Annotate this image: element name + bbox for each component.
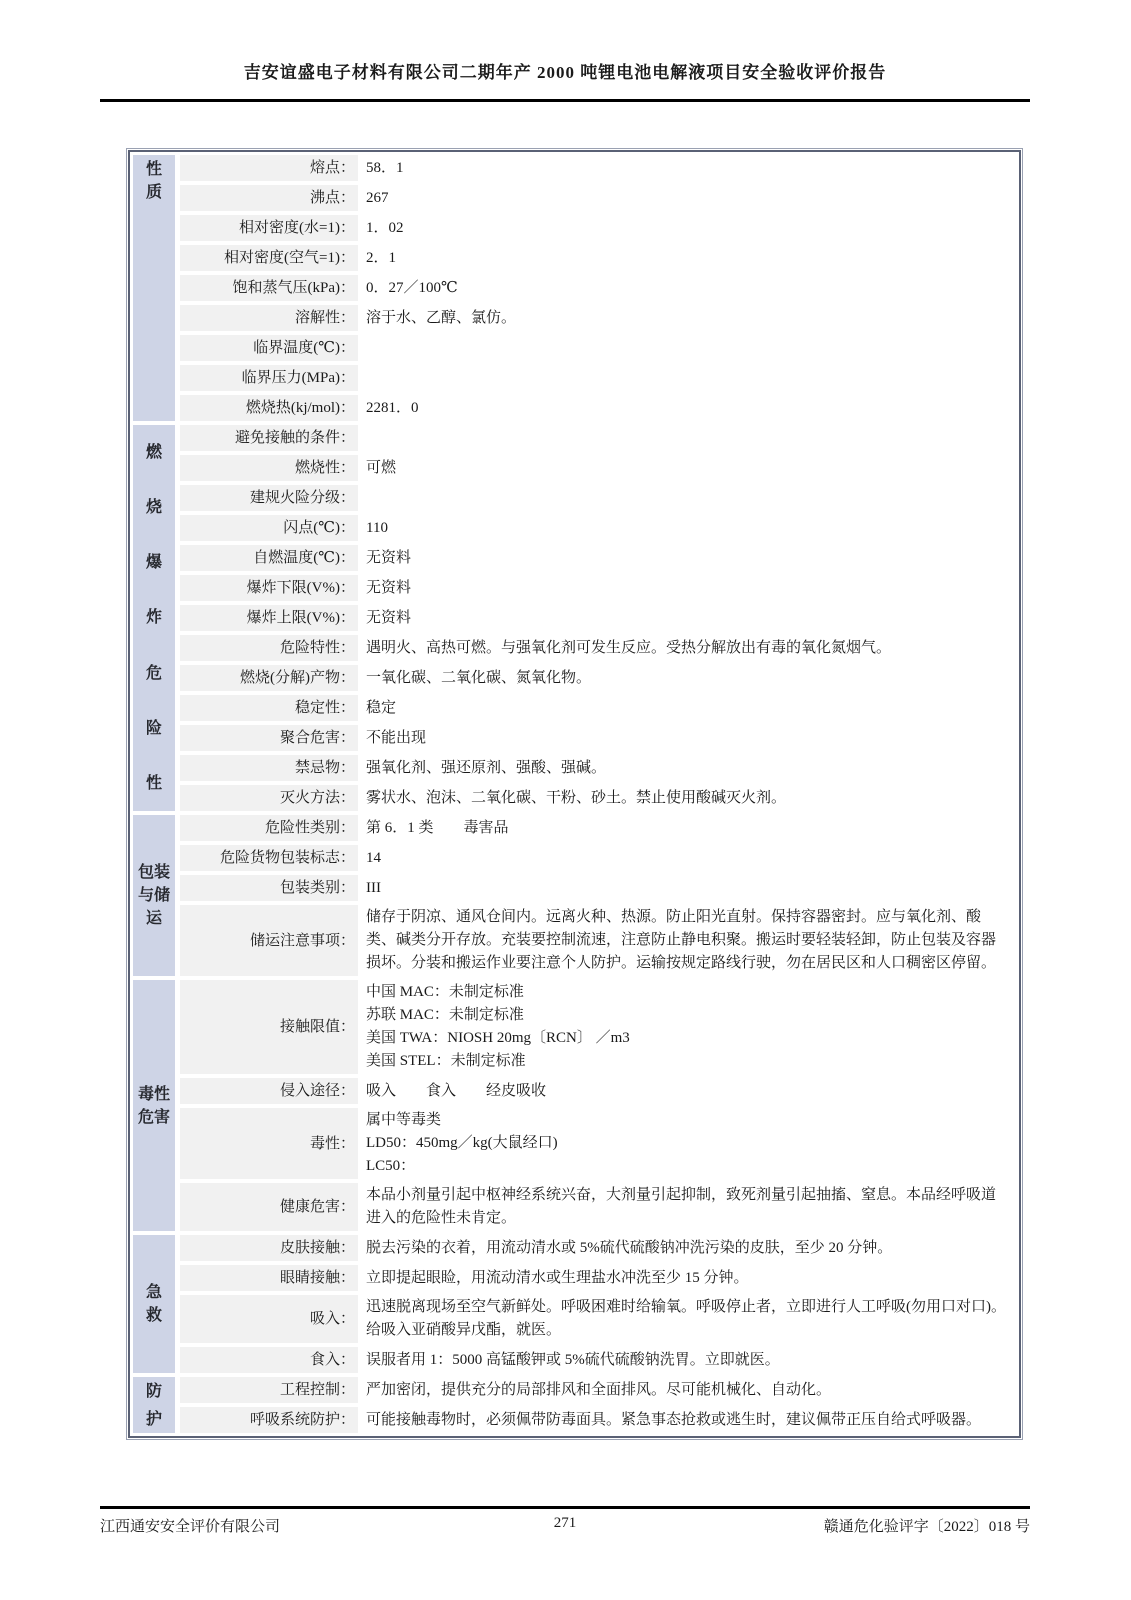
row-value: 遇明火、高热可燃。与强氧化剂可发生反应。受热分解放出有毒的氧化氮烟气。: [358, 635, 1016, 661]
table-row: 危险性类别：第 6．1 类 毒害品: [180, 815, 1016, 841]
section-rows: 危险性类别：第 6．1 类 毒害品危险货物包装标志：14包装类别：III储运注意…: [180, 815, 1016, 976]
section-rows: 皮肤接触：脱去污染的衣着，用流动清水或 5%硫代硫酸钠冲洗污染的皮肤，至少 20…: [180, 1235, 1016, 1373]
row-value: 第 6．1 类 毒害品: [358, 815, 1016, 841]
row-label: 闪点(℃)：: [180, 515, 358, 541]
row-label: 危险性类别：: [180, 815, 358, 841]
table-row: 吸入：迅速脱离现场至空气新鲜处。呼吸困难时给输氧。呼吸停止者，立即进行人工呼吸(…: [180, 1295, 1016, 1343]
section-rows: 熔点：58．1沸点：267相对密度(水=1)：1．02相对密度(空气=1)：2．…: [180, 155, 1016, 421]
row-value: 脱去污染的衣着，用流动清水或 5%硫代硫酸钠冲洗污染的皮肤，至少 20 分钟。: [358, 1235, 1016, 1261]
category-label-line: 运: [133, 907, 175, 930]
header-rule: [100, 99, 1030, 102]
category-label-line: 性: [133, 158, 175, 181]
table-row: 相对密度(水=1)：1．02: [180, 215, 1016, 241]
row-label: 皮肤接触：: [180, 1235, 358, 1261]
row-value: 中国 MAC：未制定标准 苏联 MAC：未制定标准 美国 TWA：NIOSH 2…: [358, 980, 1016, 1074]
row-label: 灭火方法：: [180, 785, 358, 811]
section-rows: 避免接触的条件：燃烧性：可燃建规火险分级：闪点(℃)：110自燃温度(℃)：无资…: [180, 425, 1016, 811]
row-value: 2．1: [358, 245, 1016, 271]
row-value: 误服者用 1：5000 高锰酸钾或 5%硫代硫酸钠洗胃。立即就医。: [358, 1347, 1016, 1373]
row-value: 迅速脱离现场至空气新鲜处。呼吸困难时给输氧。呼吸停止者，立即进行人工呼吸(勿用口…: [358, 1295, 1016, 1343]
table-section: 防护 工程控制：严加密闭，提供充分的局部排风和全面排风。尽可能机械化、自动化。呼…: [133, 1377, 1016, 1433]
section-rows: 工程控制：严加密闭，提供充分的局部排风和全面排风。尽可能机械化、自动化。呼吸系统…: [180, 1377, 1016, 1433]
row-label: 危险特性：: [180, 635, 358, 661]
row-value: 属中等毒类 LD50：450mg／kg(大鼠经口) LC50：: [358, 1108, 1016, 1179]
row-value: 一氧化碳、二氧化碳、氮氧化物。: [358, 665, 1016, 691]
row-label: 避免接触的条件：: [180, 425, 358, 451]
category-label-line: 燃: [133, 441, 175, 464]
table-row: 包装类别：III: [180, 875, 1016, 901]
row-value: 立即提起眼睑，用流动清水或生理盐水冲洗至少 15 分钟。: [358, 1265, 1016, 1291]
footer-rule: [100, 1506, 1030, 1509]
row-value: [358, 485, 1016, 511]
row-label: 呼吸系统防护：: [180, 1407, 358, 1433]
row-value: 267: [358, 185, 1016, 211]
row-value: III: [358, 875, 1016, 901]
table-row: 毒性：属中等毒类 LD50：450mg／kg(大鼠经口) LC50：: [180, 1108, 1016, 1179]
section-rows: 接触限值：中国 MAC：未制定标准 苏联 MAC：未制定标准 美国 TWA：NI…: [180, 980, 1016, 1231]
footer: 江西通安安全评价有限公司 271 赣通危化验评字〔2022〕018 号: [100, 1515, 1030, 1536]
table-row: 熔点：58．1: [180, 155, 1016, 181]
table-section: 毒性危害 接触限值：中国 MAC：未制定标准 苏联 MAC：未制定标准 美国 T…: [133, 980, 1016, 1231]
table-row: 避免接触的条件：: [180, 425, 1016, 451]
table-row: 建规火险分级：: [180, 485, 1016, 511]
table-row: 稳定性：稳定: [180, 695, 1016, 721]
row-value: 58．1: [358, 155, 1016, 181]
row-label: 自燃温度(℃)：: [180, 545, 358, 571]
table-row: 燃烧(分解)产物：一氧化碳、二氧化碳、氮氧化物。: [180, 665, 1016, 691]
row-label: 食入：: [180, 1347, 358, 1373]
row-label: 工程控制：: [180, 1377, 358, 1403]
row-value: 0．27／100℃: [358, 275, 1016, 301]
table-row: 沸点：267: [180, 185, 1016, 211]
row-label: 危险货物包装标志：: [180, 845, 358, 871]
table-row: 危险货物包装标志：14: [180, 845, 1016, 871]
category-label-line: 与储: [133, 884, 175, 907]
row-label: 沸点：: [180, 185, 358, 211]
row-value: 14: [358, 845, 1016, 871]
table-row: 爆炸下限(V%)：无资料: [180, 575, 1016, 601]
footer-page-number: 271: [410, 1515, 720, 1532]
row-label: 燃烧性：: [180, 455, 358, 481]
row-value: 可能接触毒物时，必须佩带防毒面具。紧急事态抢救或逃生时，建议佩带正压自给式呼吸器…: [358, 1407, 1016, 1433]
table-row: 临界温度(℃)：: [180, 335, 1016, 361]
category-label-line: 质: [133, 181, 175, 204]
table-row: 健康危害：本品小剂量引起中枢神经系统兴奋，大剂量引起抑制，致死剂量引起抽搐、窒息…: [180, 1183, 1016, 1231]
row-value: 无资料: [358, 575, 1016, 601]
row-label: 稳定性：: [180, 695, 358, 721]
row-label: 包装类别：: [180, 875, 358, 901]
property-table: 性质 熔点：58．1沸点：267相对密度(水=1)：1．02相对密度(空气=1)…: [128, 150, 1021, 1438]
row-value: 强氧化剂、强还原剂、强酸、强碱。: [358, 755, 1016, 781]
row-label: 爆炸上限(V%)：: [180, 605, 358, 631]
row-value: 1．02: [358, 215, 1016, 241]
row-label: 接触限值：: [180, 980, 358, 1074]
category-label-line: 防: [133, 1380, 175, 1403]
footer-doc-number: 赣通危化验评字〔2022〕018 号: [720, 1515, 1030, 1536]
category-label-line: 救: [133, 1304, 175, 1327]
row-label: 相对密度(空气=1)：: [180, 245, 358, 271]
table-row: 侵入途径：吸入 食入 经皮吸收: [180, 1078, 1016, 1104]
table-row: 皮肤接触：脱去污染的衣着，用流动清水或 5%硫代硫酸钠冲洗污染的皮肤，至少 20…: [180, 1235, 1016, 1261]
row-value: 储存于阴凉、通风仓间内。远离火种、热源。防止阳光直射。保持容器密封。应与氧化剂、…: [358, 905, 1016, 976]
table-row: 储运注意事项：储存于阴凉、通风仓间内。远离火种、热源。防止阳光直射。保持容器密封…: [180, 905, 1016, 976]
table-row: 饱和蒸气压(kPa)：0．27／100℃: [180, 275, 1016, 301]
row-value: 雾状水、泡沫、二氧化碳、干粉、砂土。禁止使用酸碱灭火剂。: [358, 785, 1016, 811]
category-label-line: 性: [133, 772, 175, 795]
row-value: 严加密闭，提供充分的局部排风和全面排风。尽可能机械化、自动化。: [358, 1377, 1016, 1403]
table-row: 危险特性：遇明火、高热可燃。与强氧化剂可发生反应。受热分解放出有毒的氧化氮烟气。: [180, 635, 1016, 661]
row-label: 燃烧(分解)产物：: [180, 665, 358, 691]
row-value: 稳定: [358, 695, 1016, 721]
table-row: 爆炸上限(V%)：无资料: [180, 605, 1016, 631]
table-row: 相对密度(空气=1)：2．1: [180, 245, 1016, 271]
section-category: 燃烧爆炸危险性: [133, 425, 175, 811]
row-value: [358, 335, 1016, 361]
row-value: 不能出现: [358, 725, 1016, 751]
table-row: 禁忌物：强氧化剂、强还原剂、强酸、强碱。: [180, 755, 1016, 781]
row-label: 临界压力(MPa)：: [180, 365, 358, 391]
table-row: 燃烧性：可燃: [180, 455, 1016, 481]
row-label: 侵入途径：: [180, 1078, 358, 1104]
row-value: 可燃: [358, 455, 1016, 481]
category-label-line: 护: [133, 1408, 175, 1431]
category-label-line: 烧: [133, 496, 175, 519]
row-value: [358, 425, 1016, 451]
table-row: 燃烧热(kj/mol)：2281．0: [180, 395, 1016, 421]
table-row: 呼吸系统防护：可能接触毒物时，必须佩带防毒面具。紧急事态抢救或逃生时，建议佩带正…: [180, 1407, 1016, 1433]
row-label: 健康危害：: [180, 1183, 358, 1231]
category-label-line: 包装: [133, 861, 175, 884]
section-category: 性质: [133, 155, 175, 421]
table-row: 眼睛接触：立即提起眼睑，用流动清水或生理盐水冲洗至少 15 分钟。: [180, 1265, 1016, 1291]
row-value: 2281．0: [358, 395, 1016, 421]
row-label: 聚合危害：: [180, 725, 358, 751]
row-label: 眼睛接触：: [180, 1265, 358, 1291]
category-label-line: 险: [133, 717, 175, 740]
section-category: 防护: [133, 1377, 175, 1433]
row-label: 爆炸下限(V%)：: [180, 575, 358, 601]
section-category: 包装与储运: [133, 815, 175, 976]
table-row: 自燃温度(℃)：无资料: [180, 545, 1016, 571]
table-row: 灭火方法：雾状水、泡沫、二氧化碳、干粉、砂土。禁止使用酸碱灭火剂。: [180, 785, 1016, 811]
row-value: 溶于水、乙醇、氯仿。: [358, 305, 1016, 331]
category-label-line: 爆: [133, 551, 175, 574]
row-label: 吸入：: [180, 1295, 358, 1343]
section-category: 毒性危害: [133, 980, 175, 1231]
row-label: 建规火险分级：: [180, 485, 358, 511]
table-row: 闪点(℃)：110: [180, 515, 1016, 541]
footer-company: 江西通安安全评价有限公司: [100, 1515, 410, 1536]
row-label: 熔点：: [180, 155, 358, 181]
row-label: 相对密度(水=1)：: [180, 215, 358, 241]
table-row: 溶解性：溶于水、乙醇、氯仿。: [180, 305, 1016, 331]
table-section: 急救 皮肤接触：脱去污染的衣着，用流动清水或 5%硫代硫酸钠冲洗污染的皮肤，至少…: [133, 1235, 1016, 1373]
category-label-line: 炸: [133, 606, 175, 629]
category-label-line: 毒性: [133, 1083, 175, 1106]
category-label-line: 危害: [133, 1106, 175, 1129]
table-section: 性质 熔点：58．1沸点：267相对密度(水=1)：1．02相对密度(空气=1)…: [133, 155, 1016, 421]
row-label: 储运注意事项：: [180, 905, 358, 976]
row-value: 吸入 食入 经皮吸收: [358, 1078, 1016, 1104]
row-value: 110: [358, 515, 1016, 541]
row-label: 溶解性：: [180, 305, 358, 331]
row-value: 无资料: [358, 545, 1016, 571]
category-label-line: 危: [133, 662, 175, 685]
table-section: 包装与储运 危险性类别：第 6．1 类 毒害品危险货物包装标志：14包装类别：I…: [133, 815, 1016, 976]
row-label: 毒性：: [180, 1108, 358, 1179]
row-value: [358, 365, 1016, 391]
section-category: 急救: [133, 1235, 175, 1373]
table-row: 聚合危害：不能出现: [180, 725, 1016, 751]
row-value: 本品小剂量引起中枢神经系统兴奋，大剂量引起抑制，致死剂量引起抽搐、窒息。本品经呼…: [358, 1183, 1016, 1231]
table-row: 食入：误服者用 1：5000 高锰酸钾或 5%硫代硫酸钠洗胃。立即就医。: [180, 1347, 1016, 1373]
row-label: 临界温度(℃)：: [180, 335, 358, 361]
table-section: 燃烧爆炸危险性 避免接触的条件：燃烧性：可燃建规火险分级：闪点(℃)：110自燃…: [133, 425, 1016, 811]
table-row: 接触限值：中国 MAC：未制定标准 苏联 MAC：未制定标准 美国 TWA：NI…: [180, 980, 1016, 1074]
row-value: 无资料: [358, 605, 1016, 631]
page-title: 吉安谊盛电子材料有限公司二期年产 2000 吨锂电池电解液项目安全验收评价报告: [100, 58, 1030, 83]
table-row: 临界压力(MPa)：: [180, 365, 1016, 391]
row-label: 禁忌物：: [180, 755, 358, 781]
category-label-line: 急: [133, 1281, 175, 1304]
row-label: 饱和蒸气压(kPa)：: [180, 275, 358, 301]
row-label: 燃烧热(kj/mol)：: [180, 395, 358, 421]
table-row: 工程控制：严加密闭，提供充分的局部排风和全面排风。尽可能机械化、自动化。: [180, 1377, 1016, 1403]
